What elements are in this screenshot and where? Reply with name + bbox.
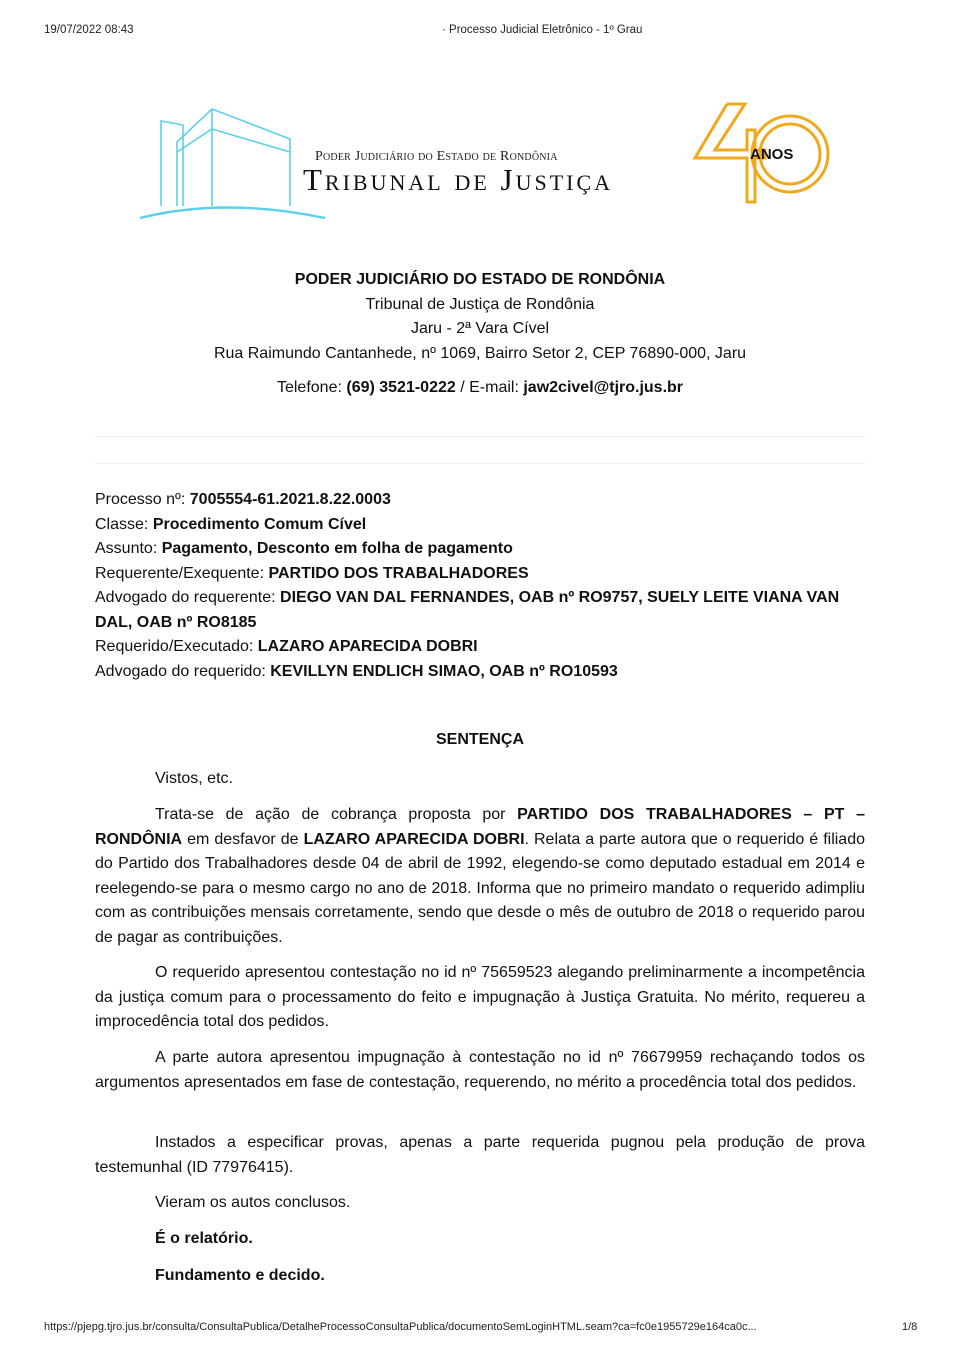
defendant-name: LAZARO APARECIDA DOBRI xyxy=(304,831,525,848)
phone-label: Telefone: xyxy=(277,379,342,396)
logo-anos-label: ANOS xyxy=(750,146,793,163)
plaintiff-row: Requerente/Exequente: PARTIDO DOS TRABAL… xyxy=(95,562,865,587)
tjro-logo: Poder Judiciário do Estado de Rondônia T… xyxy=(135,102,835,224)
paragraph-6: É o relatório. xyxy=(95,1227,865,1252)
divider xyxy=(95,436,865,437)
field-label: Classe: xyxy=(95,516,148,533)
process-number-row: Processo nº: 7005554-61.2021.8.22.0003 xyxy=(95,488,865,513)
text: em desfavor de xyxy=(182,831,303,848)
paragraph-1: Trata-se de ação de cobrança proposta po… xyxy=(95,803,865,950)
field-label: Requerido/Executado: xyxy=(95,638,253,655)
paragraph-2: O requerido apresentou contestação no id… xyxy=(95,961,865,1035)
field-value: Pagamento, Desconto em folha de pagament… xyxy=(162,540,513,557)
paragraph-7: Fundamento e decido. xyxy=(95,1264,865,1289)
paragraph-4: Instados a especificar provas, apenas a … xyxy=(95,1131,865,1180)
field-value: 7005554-61.2021.8.22.0003 xyxy=(190,491,391,508)
field-value: PARTIDO DOS TRABALHADORES xyxy=(268,565,528,582)
opening-paragraph: Vistos, etc. xyxy=(95,767,865,792)
report-closing: É o relatório. xyxy=(155,1230,253,1247)
logo-line-2: Tribunal de Justiça xyxy=(303,162,613,198)
field-label: Assunto: xyxy=(95,540,157,557)
field-value: LAZARO APARECIDA DOBRI xyxy=(258,638,478,655)
print-page-title: · Processo Judicial Eletrônico - 1º Grau xyxy=(442,24,642,36)
paragraph-3: A parte autora apresentou impugnação à c… xyxy=(95,1046,865,1095)
divider xyxy=(95,463,865,464)
text: Trata-se de ação de cobrança proposta po… xyxy=(155,806,517,823)
court-address: Rua Raimundo Cantanhede, nº 1069, Bairro… xyxy=(0,342,960,367)
field-value: Procedimento Comum Cível xyxy=(153,516,366,533)
court-header: PODER JUDICIÁRIO DO ESTADO DE RONDÔNIA T… xyxy=(0,268,960,401)
subject-row: Assunto: Pagamento, Desconto em folha de… xyxy=(95,537,865,562)
phone-value: (69) 3521-0222 xyxy=(346,379,455,396)
court-contact: Telefone: (69) 3521-0222 / E-mail: jaw2c… xyxy=(0,376,960,401)
court-vara: Jaru - 2ª Vara Cível xyxy=(0,317,960,342)
court-tribunal: Tribunal de Justiça de Rondônia xyxy=(0,293,960,318)
sentence-title: SENTENÇA xyxy=(0,731,960,749)
print-datetime: 19/07/2022 08:43 xyxy=(44,24,134,36)
page-number: 1/8 xyxy=(902,1321,917,1333)
plaintiff-lawyer-row: Advogado do requerente: DIEGO VAN DAL FE… xyxy=(95,586,865,635)
field-label: Advogado do requerido: xyxy=(95,663,266,680)
paragraph-5: Vieram os autos conclusos. xyxy=(95,1191,865,1216)
field-label: Processo nº: xyxy=(95,491,185,508)
defendant-lawyer-row: Advogado do requerido: KEVILLYN ENDLICH … xyxy=(95,660,865,685)
court-name: PODER JUDICIÁRIO DO ESTADO DE RONDÔNIA xyxy=(0,268,960,293)
class-row: Classe: Procedimento Comum Cível xyxy=(95,513,865,538)
email-value[interactable]: jaw2civel@tjro.jus.br xyxy=(523,379,683,396)
process-metadata: Processo nº: 7005554-61.2021.8.22.0003 C… xyxy=(95,488,865,684)
defendant-row: Requerido/Executado: LAZARO APARECIDA DO… xyxy=(95,635,865,660)
document-url[interactable]: https://pjepg.tjro.jus.br/consulta/Consu… xyxy=(44,1321,757,1333)
email-label: / E-mail: xyxy=(460,379,519,396)
field-label: Requerente/Exequente: xyxy=(95,565,264,582)
decision-heading: Fundamento e decido. xyxy=(155,1267,325,1284)
field-label: Advogado do requerente: xyxy=(95,589,276,606)
field-value: KEVILLYN ENDLICH SIMAO, OAB nº RO10593 xyxy=(270,663,618,680)
